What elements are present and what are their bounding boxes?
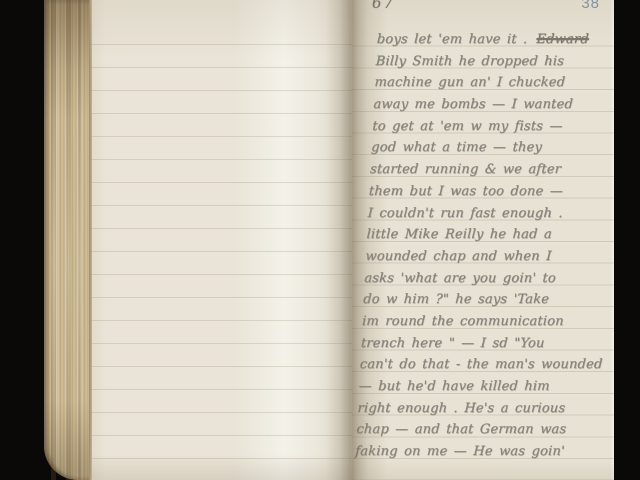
photo-background: 67 38 boys let 'em have it .Edward Billy… xyxy=(0,0,640,480)
handwriting-line: chap — and that German was xyxy=(356,419,601,441)
handwriting-line: wounded chap and when I xyxy=(365,246,610,268)
pencil-page-number: 67 xyxy=(372,0,395,12)
handwriting-line: started running & we after xyxy=(369,159,614,181)
right-page: 67 38 boys let 'em have it .Edward Billy… xyxy=(352,0,614,480)
handwriting-line: trench here " — I sd "You xyxy=(360,333,605,355)
struck-word: Edward xyxy=(536,32,589,47)
handwriting-line: do w him ?" he says 'Take xyxy=(363,289,608,311)
handwriting-line: im round the communication xyxy=(361,311,606,333)
handwriting-line: to get at 'em w my fists — xyxy=(372,116,617,138)
printed-page-number: 38 xyxy=(581,0,600,12)
page-edge-streak xyxy=(78,0,81,480)
handwriting-line: — but he'd have killed him xyxy=(358,376,603,398)
handwriting-block: boys let 'em have it .Edward Billy Smith… xyxy=(355,29,622,463)
handwriting-line: god what a time — they xyxy=(371,137,616,159)
ruled-lines xyxy=(92,22,352,480)
handwriting-line: I couldn't run fast enough . xyxy=(367,203,612,225)
handwriting-line: little Mike Reilly he had a xyxy=(366,224,611,246)
handwriting-line: them but I was too done — xyxy=(368,181,613,203)
page-edge-streak xyxy=(66,0,71,480)
handwriting-text: boys let 'em have it . xyxy=(376,32,527,47)
handwriting-line: faking on me — He was goin' xyxy=(355,441,600,463)
book-page-edges xyxy=(44,0,92,480)
page-edge-streak xyxy=(51,0,56,480)
handwriting-line: machine gun an' I chucked xyxy=(374,72,619,94)
left-page xyxy=(92,0,352,480)
handwriting-line: boys let 'em have it .Edward xyxy=(376,29,621,51)
handwriting-line: away me bombs — I wanted xyxy=(373,94,618,116)
handwriting-line: asks 'what are you goin' to xyxy=(364,268,609,290)
handwriting-line: Billy Smith he dropped his xyxy=(375,51,620,73)
handwriting-line: right enough . He's a curious xyxy=(357,398,602,420)
handwriting-line: can't do that - the man's wounded xyxy=(359,354,604,376)
